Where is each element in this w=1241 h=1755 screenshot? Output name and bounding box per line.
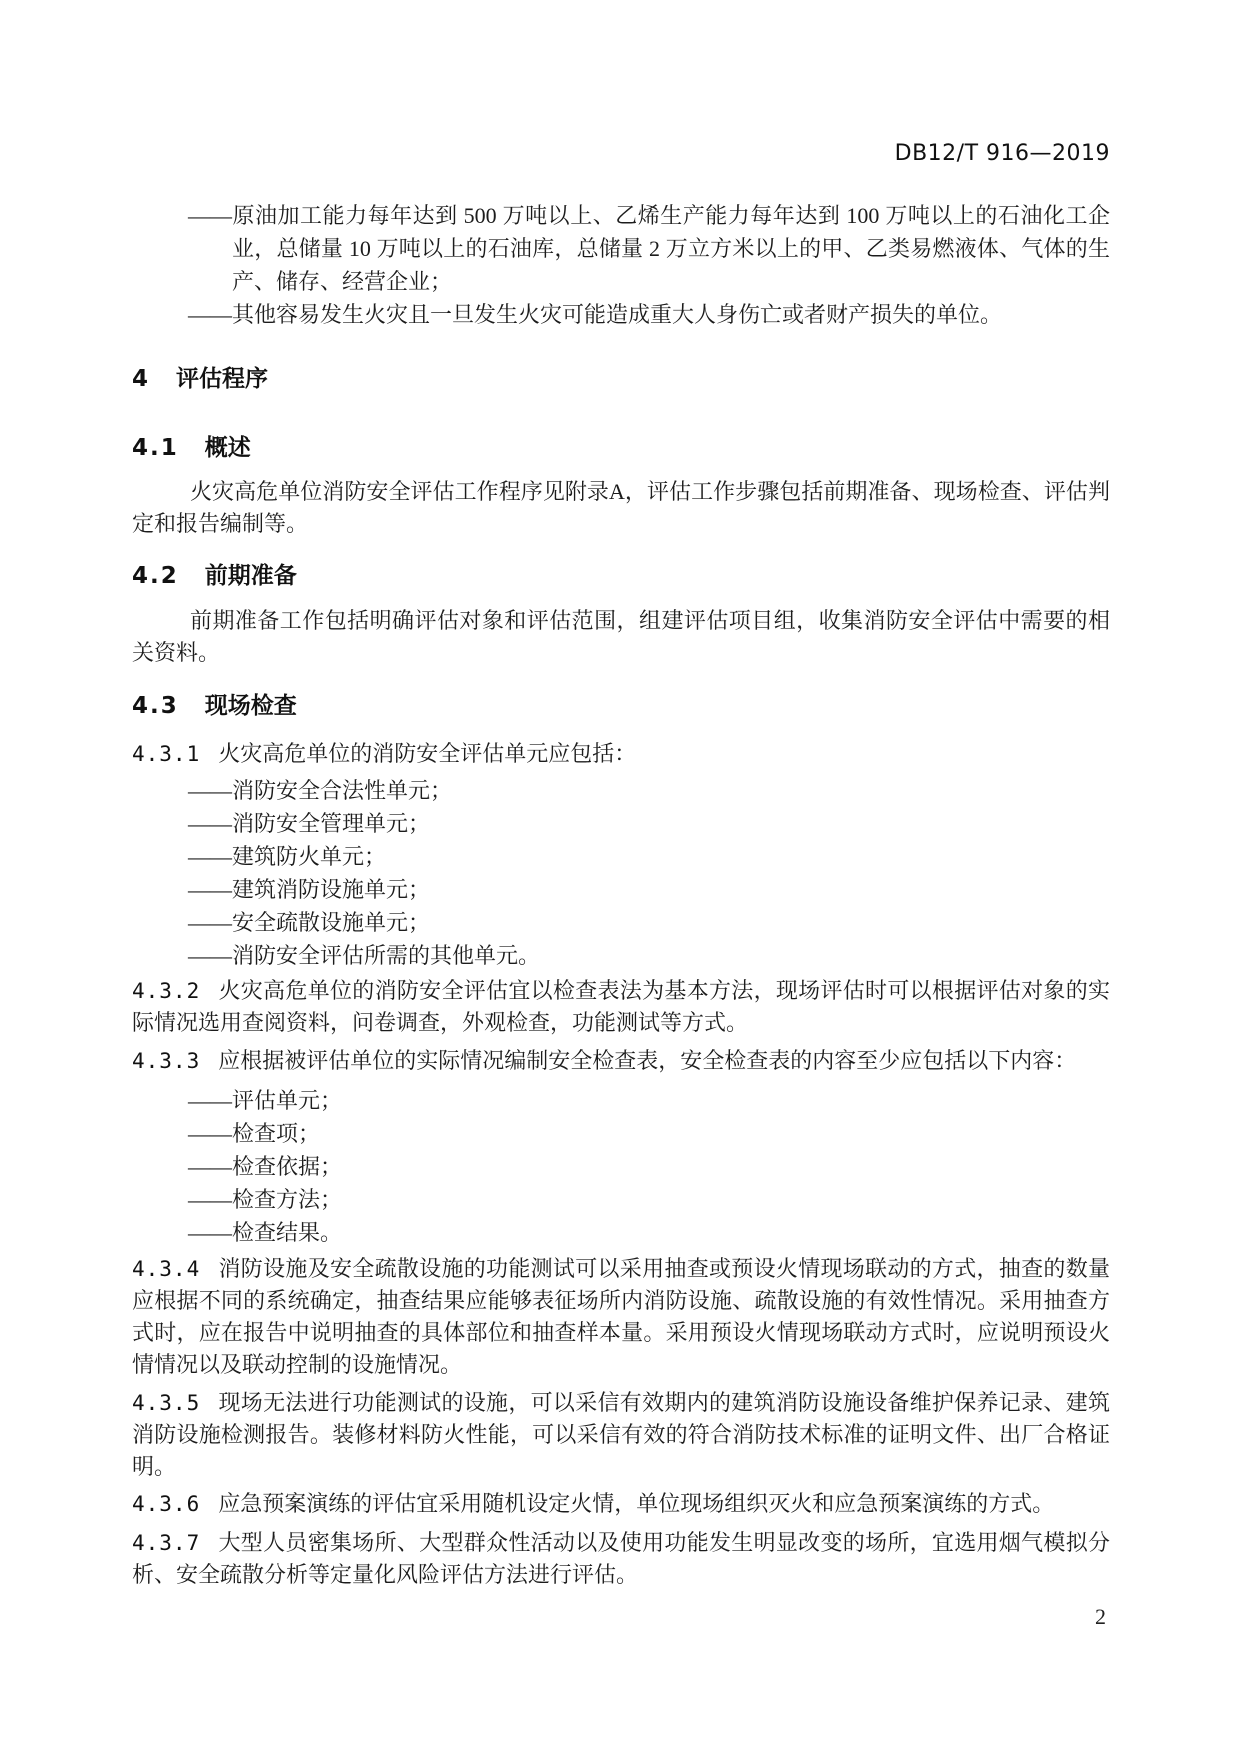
section-number: 4.1 <box>132 433 179 463</box>
section-heading: 4.3现场检查 <box>132 691 1110 721</box>
clause-number: 4.3.7 <box>132 1531 200 1555</box>
clause-text: 火灾高危单位的消防安全评估单元应包括： <box>218 741 636 766</box>
clause-text: 应根据被评估单位的实际情况编制安全检查表，安全检查表的内容至少应包括以下内容： <box>218 1048 1076 1073</box>
clause-text: 应急预案演练的评估宜采用随机设定火情，单位现场组织灭火和应急预案演练的方式。 <box>218 1491 1054 1516</box>
clause-text: 消防设施及安全疏散设施的功能测试可以采用抽查或预设火情现场联动的方式，抽查的数量… <box>132 1256 1110 1377</box>
list-item: ——检查方法； <box>132 1183 1110 1216</box>
chapter-number: 4 <box>132 364 150 394</box>
section-title: 现场检查 <box>205 693 297 719</box>
clause-text: 大型人员密集场所、大型群众性活动以及使用功能发生明显改变的场所，宜选用烟气模拟分… <box>132 1530 1110 1587</box>
paragraph: 前期准备工作包括明确评估对象和评估范围，组建评估项目组，收集消防安全评估中需要的… <box>132 605 1110 669</box>
document-page: DB12/T 916—2019 ——原油加工能力每年达到 500 万吨以上、乙烯… <box>0 0 1241 1755</box>
chapter-heading: 4评估程序 <box>132 364 1110 394</box>
clause-text: 火灾高危单位的消防安全评估宜以检查表法为基本方法，现场评估时可以根据评估对象的实… <box>132 978 1110 1035</box>
clause-number: 4.3.2 <box>132 979 200 1003</box>
clause-number: 4.3.3 <box>132 1049 200 1073</box>
clause: 4.3.4消防设施及安全疏散设施的功能测试可以采用抽查或预设火情现场联动的方式，… <box>132 1253 1110 1381</box>
list-item: ——消防安全合法性单元； <box>132 774 1110 807</box>
list-item: ——原油加工能力每年达到 500 万吨以上、乙烯生产能力每年达到 100 万吨以… <box>132 199 1110 298</box>
section-title: 前期准备 <box>205 563 297 589</box>
list-item: ——检查结果。 <box>132 1216 1110 1249</box>
list-item: ——安全疏散设施单元； <box>132 906 1110 939</box>
clause-number: 4.3.1 <box>132 742 200 766</box>
list-item: ——检查依据； <box>132 1150 1110 1183</box>
clause: 4.3.7大型人员密集场所、大型群众性活动以及使用功能发生明显改变的场所，宜选用… <box>132 1527 1110 1591</box>
paragraph: 火灾高危单位消防安全评估工作程序见附录A，评估工作步骤包括前期准备、现场检查、评… <box>132 476 1110 540</box>
section-number: 4.3 <box>132 691 179 721</box>
clause: 4.3.1火灾高危单位的消防安全评估单元应包括： <box>132 738 1110 770</box>
page-number: 2 <box>1095 1604 1106 1630</box>
clause: 4.3.3应根据被评估单位的实际情况编制安全检查表，安全检查表的内容至少应包括以… <box>132 1045 1110 1077</box>
clause-number: 4.3.5 <box>132 1391 200 1415</box>
chapter-title: 评估程序 <box>176 366 268 392</box>
assessment-unit-list: ——消防安全合法性单元； ——消防安全管理单元； ——建筑防火单元； ——建筑消… <box>132 774 1110 972</box>
list-item: ——建筑防火单元； <box>132 840 1110 873</box>
intro-dash-list: ——原油加工能力每年达到 500 万吨以上、乙烯生产能力每年达到 100 万吨以… <box>132 199 1110 331</box>
list-item: ——消防安全评估所需的其他单元。 <box>132 939 1110 972</box>
section-heading: 4.1概述 <box>132 433 1110 463</box>
list-item: ——消防安全管理单元； <box>132 807 1110 840</box>
checklist-content-list: ——评估单元； ——检查项； ——检查依据； ——检查方法； ——检查结果。 <box>132 1084 1110 1249</box>
list-item: ——检查项； <box>132 1117 1110 1150</box>
page-content: ——原油加工能力每年达到 500 万吨以上、乙烯生产能力每年达到 100 万吨以… <box>132 0 1110 1591</box>
clause: 4.3.5现场无法进行功能测试的设施，可以采信有效期内的建筑消防设施设备维护保养… <box>132 1387 1110 1483</box>
clause-text: 现场无法进行功能测试的设施，可以采信有效期内的建筑消防设施设备维护保养记录、建筑… <box>132 1390 1110 1479</box>
clause: 4.3.6应急预案演练的评估宜采用随机设定火情，单位现场组织灭火和应急预案演练的… <box>132 1488 1110 1520</box>
list-item: ——建筑消防设施单元； <box>132 873 1110 906</box>
list-item: ——评估单元； <box>132 1084 1110 1117</box>
section-title: 概述 <box>205 435 251 461</box>
section-heading: 4.2前期准备 <box>132 561 1110 591</box>
clause-number: 4.3.6 <box>132 1492 200 1516</box>
section-number: 4.2 <box>132 561 179 591</box>
clause-number: 4.3.4 <box>132 1257 200 1281</box>
list-item: ——其他容易发生火灾且一旦发生火灾可能造成重大人身伤亡或者财产损失的单位。 <box>132 298 1110 331</box>
clause: 4.3.2火灾高危单位的消防安全评估宜以检查表法为基本方法，现场评估时可以根据评… <box>132 975 1110 1039</box>
